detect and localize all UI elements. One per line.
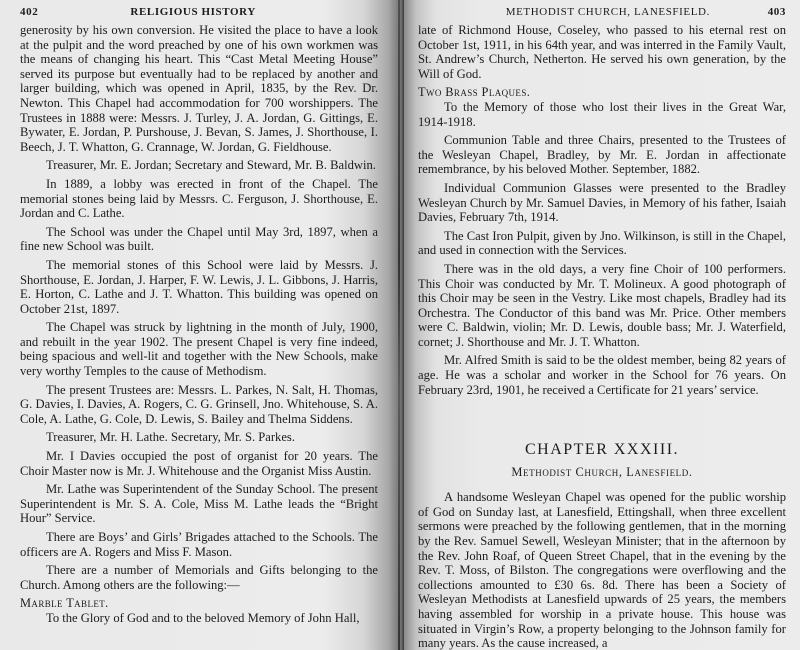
paragraph: There are Boys’ and Girls’ Brigades atta…: [20, 530, 378, 559]
paragraph: The Chapel was struck by lightning in th…: [20, 320, 378, 378]
left-running-head: 402 RELIGIOUS HISTORY: [20, 6, 378, 22]
paragraph: In 1889, a lobby was erected in front of…: [20, 177, 378, 221]
paragraph: The present Trustees are: Messrs. L. Par…: [20, 383, 378, 427]
paragraph: Treasurer, Mr. H. Lathe. Secretary, Mr. …: [20, 430, 378, 445]
right-running-head: METHODIST CHURCH, LANESFIELD. 403: [418, 6, 786, 22]
paragraph: The Cast Iron Pulpit, given by Jno. Wilk…: [418, 229, 786, 258]
brass-plaques-heading: Two Brass Plaques.: [418, 85, 786, 100]
paragraph: Communion Table and three Chairs, presen…: [418, 133, 786, 177]
chapter-paragraph: A handsome Wesleyan Chapel was opened fo…: [418, 490, 786, 650]
paragraph: generosity by his own conversion. He vis…: [20, 23, 378, 154]
book-spread: 402 RELIGIOUS HISTORY generosity by his …: [0, 0, 800, 650]
page-number-left: 402: [20, 6, 38, 18]
left-page: 402 RELIGIOUS HISTORY generosity by his …: [0, 0, 404, 650]
marble-tablet-heading: Marble Tablet.: [20, 596, 378, 611]
paragraph: Mr. Lathe was Superintendent of the Sund…: [20, 482, 378, 526]
paragraph: Mr. Alfred Smith is said to be the oldes…: [418, 353, 786, 397]
marble-tablet-text: To the Glory of God and to the beloved M…: [20, 611, 378, 626]
paragraph: late of Richmond House, Coseley, who pas…: [418, 23, 786, 81]
paragraph: Treasurer, Mr. E. Jordan; Secretary and …: [20, 158, 378, 173]
paragraph: To the Memory of those who lost their li…: [418, 100, 786, 129]
book-gutter: [398, 0, 400, 650]
running-head-title-left: RELIGIOUS HISTORY: [38, 6, 378, 18]
page-number-right: 403: [768, 6, 786, 18]
running-head-title-right: METHODIST CHURCH, LANESFIELD.: [418, 6, 768, 18]
chapter-subtitle: Methodist Church, Lanesfield.: [418, 465, 786, 480]
chapter-title: CHAPTER XXXIII.: [418, 441, 786, 459]
right-page: METHODIST CHURCH, LANESFIELD. 403 late o…: [404, 0, 800, 650]
paragraph: There was in the old days, a very fine C…: [418, 262, 786, 350]
paragraph: The School was under the Chapel until Ma…: [20, 225, 378, 254]
paragraph: Mr. I Davies occupied the post of organi…: [20, 449, 378, 478]
paragraph: Individual Communion Glasses were presen…: [418, 181, 786, 225]
paragraph: There are a number of Memorials and Gift…: [20, 563, 378, 592]
paragraph: The memorial stones of this School were …: [20, 258, 378, 316]
